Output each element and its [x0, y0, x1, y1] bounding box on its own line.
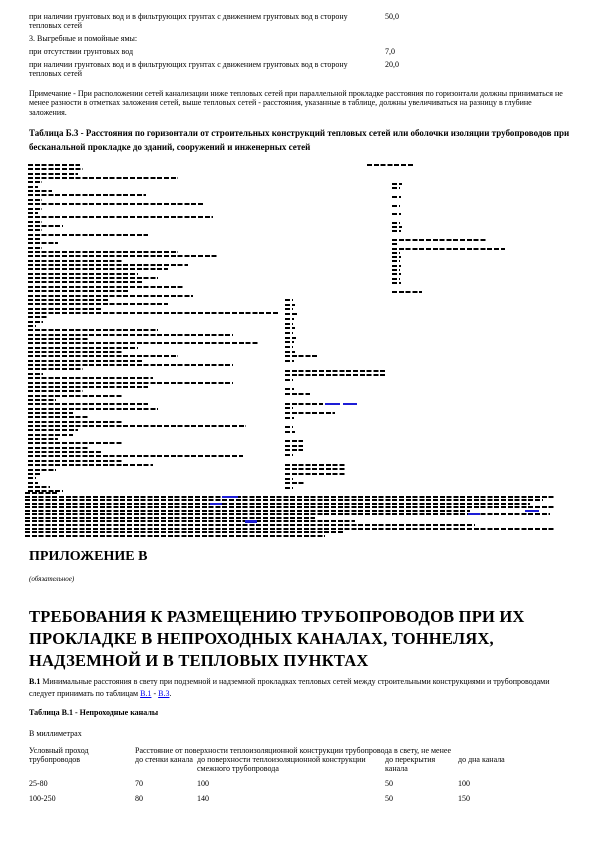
micro-text-line — [28, 268, 168, 270]
micro-text-line — [28, 194, 146, 196]
micro-text-line — [285, 464, 345, 466]
micro-text-line — [28, 368, 83, 370]
micro-text-line — [28, 199, 42, 201]
micro-text-line — [285, 454, 293, 456]
micro-text-line — [28, 434, 73, 436]
micro-text-line — [28, 173, 78, 175]
micro-text-line — [28, 273, 138, 275]
micro-text-line — [28, 203, 203, 205]
micro-text-line — [392, 256, 401, 258]
micro-text-line — [28, 469, 56, 471]
micro-text-line — [28, 373, 43, 375]
table-v1-col1-header: Условный проход трубопроводов — [29, 746, 135, 773]
micro-text-line — [392, 183, 402, 185]
micro-text-line — [28, 364, 233, 366]
micro-text-line — [28, 412, 73, 414]
clause-period: . — [169, 689, 171, 698]
micro-text-line — [28, 329, 158, 331]
micro-text-line — [28, 242, 58, 244]
micro-text-line — [28, 351, 123, 353]
micro-text-line — [392, 222, 400, 224]
appendix-title-line: ПРОКЛАДКЕ В НЕПРОХОДНЫХ КАНАЛАХ, ТОННЕЛЯ… — [29, 628, 574, 650]
appendix-title-line: НАДЗЕМНОЙ И В ТЕПЛОВЫХ ПУНКТАХ — [29, 650, 574, 672]
micro-text-line — [28, 342, 258, 344]
micro-text-line — [28, 264, 188, 266]
micro-text-line — [25, 517, 315, 519]
micro-text-line — [392, 252, 400, 254]
table-cell: 140 — [197, 788, 385, 803]
micro-text-line — [392, 265, 401, 267]
micro-text-line — [28, 247, 42, 249]
micro-text-line — [285, 370, 385, 372]
micro-text-line — [285, 332, 293, 334]
table-cell: 50 — [385, 773, 458, 788]
micro-text-line — [28, 277, 158, 279]
micro-text-line — [28, 408, 158, 410]
micro-text-line — [28, 429, 78, 431]
table-cell: 70 — [135, 773, 197, 788]
clause-number: В.1 — [29, 677, 40, 686]
table-v1: Условный проход трубопроводов Расстояние… — [29, 746, 566, 803]
micro-text-line — [285, 313, 297, 315]
clause-b1-paragraph: В.1 Минимальные расстояния в свету при п… — [29, 676, 571, 699]
micro-text-line — [28, 473, 40, 475]
micro-text-line — [392, 187, 400, 189]
micro-link-fragment[interactable] — [210, 503, 222, 505]
micro-text-line — [25, 524, 475, 526]
micro-text-line — [285, 445, 303, 447]
micro-text-line — [392, 226, 402, 228]
micro-text-line — [28, 286, 183, 288]
table-row: 100-250 80 140 50 150 — [29, 788, 566, 803]
micro-text-line — [28, 251, 178, 253]
micro-text-line — [28, 312, 278, 314]
micro-text-line — [28, 177, 178, 179]
micro-text-line — [28, 325, 36, 327]
micro-text-line — [392, 196, 401, 198]
micro-text-line — [28, 255, 218, 257]
micro-text-line — [28, 316, 48, 318]
micro-text-line — [28, 238, 40, 240]
micro-text-line — [28, 308, 103, 310]
micro-text-line — [28, 347, 138, 349]
table-v1-caption: Таблица В.1 - Непроходные каналы — [29, 708, 158, 717]
micro-text-line — [28, 447, 88, 449]
micro-text-line — [285, 473, 345, 475]
table-v1-subheader: до перекрытия канала — [385, 755, 458, 773]
micro-text-line — [285, 355, 318, 357]
table-cell: 100 — [458, 773, 566, 788]
micro-text-line — [28, 229, 42, 231]
micro-text-line — [25, 528, 555, 530]
micro-text-line — [285, 478, 293, 480]
micro-text-line — [285, 388, 294, 390]
appendix-subheading: (обязательное) — [29, 575, 74, 584]
table-v1-subheader: до дна канала — [458, 755, 566, 773]
micro-text-line — [285, 482, 305, 484]
micro-text-line — [392, 213, 401, 215]
micro-text-line — [25, 510, 470, 512]
micro-text-line — [28, 477, 36, 479]
micro-text-line — [285, 412, 335, 414]
micro-text-line — [28, 260, 123, 262]
micro-text-line — [28, 360, 143, 362]
micro-text-line — [392, 230, 401, 232]
micro-text-line — [28, 451, 103, 453]
micro-text-line — [392, 291, 422, 293]
micro-text-line — [392, 243, 398, 245]
micro-text-line — [28, 321, 43, 323]
micro-text-line — [367, 164, 413, 166]
micro-text-line — [392, 239, 487, 241]
micro-text-line — [285, 468, 345, 470]
micro-text-line — [28, 482, 38, 484]
micro-link-fragment[interactable] — [325, 403, 340, 405]
table-cell: 150 — [458, 788, 566, 803]
link-table-v3[interactable]: В.3 — [158, 689, 169, 698]
micro-text-line — [28, 168, 83, 170]
micro-text-line — [25, 520, 355, 522]
document-page: при наличии грунтовых вод и в фильтрующи… — [0, 0, 595, 842]
micro-text-line — [28, 442, 123, 444]
micro-text-line — [285, 341, 294, 343]
micro-text-line — [392, 260, 400, 262]
micro-text-line — [285, 360, 294, 362]
micro-text-line — [392, 248, 505, 250]
micro-text-line — [28, 225, 63, 227]
micro-text-line — [28, 416, 88, 418]
micro-text-line — [28, 464, 153, 466]
micro-text-line — [28, 281, 143, 283]
micro-text-line — [392, 269, 400, 271]
micro-text-line — [392, 273, 401, 275]
table-cell: 50 — [385, 788, 458, 803]
micro-link-fragment[interactable] — [222, 496, 238, 498]
micro-text-line — [285, 487, 293, 489]
micro-text-line — [28, 390, 83, 392]
micro-text-line — [285, 327, 295, 329]
micro-text-line — [285, 449, 303, 451]
micro-text-line — [28, 455, 243, 457]
micro-text-line — [25, 535, 325, 537]
micro-text-line — [28, 355, 178, 357]
table-cell: 100 — [197, 773, 385, 788]
table-cell: 100-250 — [29, 788, 135, 803]
micro-text-line — [28, 425, 246, 427]
micro-text-line — [285, 426, 293, 428]
table-row: 25-80 70 100 50 100 — [29, 773, 566, 788]
micro-link-fragment[interactable] — [525, 510, 539, 512]
table-cell: 80 — [135, 788, 197, 803]
micro-link-fragment[interactable] — [343, 403, 357, 405]
micro-text-line — [28, 303, 168, 305]
micro-text-line — [28, 208, 42, 210]
micro-text-line — [25, 506, 555, 508]
table-v1-units: В миллиметрах — [29, 729, 82, 738]
micro-text-line — [28, 234, 148, 236]
table-v1-span-header: Расстояние от поверхности теплоизоляцион… — [135, 746, 566, 755]
micro-text-line — [28, 216, 213, 218]
appendix-heading: ПРИЛОЖЕНИЕ В — [29, 549, 147, 565]
micro-text-line — [28, 299, 108, 301]
micro-text-line — [28, 438, 58, 440]
micro-text-line — [28, 221, 42, 223]
micro-text-line — [28, 295, 193, 297]
micro-text-line — [25, 503, 530, 505]
micro-text-line — [285, 379, 293, 381]
micro-text-line — [285, 431, 295, 433]
micro-text-line — [28, 460, 123, 462]
micro-text-line — [28, 403, 148, 405]
micro-text-line — [392, 278, 400, 280]
micro-text-line — [28, 186, 38, 188]
micro-text-line — [28, 399, 56, 401]
micro-text-line — [285, 323, 293, 325]
appendix-title-line: ТРЕБОВАНИЯ К РАЗМЕЩЕНИЮ ТРУБОПРОВОДОВ ПР… — [29, 606, 574, 628]
table-cell: 25-80 — [29, 773, 135, 788]
micro-text-line — [28, 395, 123, 397]
micro-text-line — [28, 382, 233, 384]
micro-text-line — [28, 386, 148, 388]
micro-text-line — [285, 417, 294, 419]
micro-text-line — [28, 190, 52, 192]
micro-text-line — [28, 290, 128, 292]
micro-text-line — [28, 164, 80, 166]
micro-text-line — [285, 351, 295, 353]
micro-text-line — [25, 531, 343, 533]
micro-link-fragment[interactable] — [468, 513, 480, 515]
link-table-v1[interactable]: В.1 — [140, 689, 151, 698]
clause-text: Минимальные расстояния в свету при подзе… — [29, 677, 550, 698]
micro-text-line — [285, 304, 295, 306]
micro-text-line — [285, 407, 293, 409]
micro-text-line — [285, 374, 385, 376]
micro-text-line — [392, 205, 400, 207]
table-v1-subheader: до поверхности теплоизоляционной констру… — [197, 755, 385, 773]
micro-text-line — [28, 212, 38, 214]
micro-text-line — [28, 377, 153, 379]
micro-text-line — [25, 496, 555, 498]
micro-text-line — [285, 337, 296, 339]
micro-text-line — [285, 299, 293, 301]
micro-text-line — [285, 318, 294, 320]
micro-text-line — [25, 499, 543, 501]
micro-text-line — [285, 393, 310, 395]
micro-text-line — [28, 181, 42, 183]
micro-text-line — [28, 421, 123, 423]
micro-text-line — [28, 334, 233, 336]
micro-text-line — [285, 346, 293, 348]
micro-text-line — [285, 440, 303, 442]
micro-text-line — [28, 486, 50, 488]
table-v1-header-row: Условный проход трубопроводов Расстояние… — [29, 746, 566, 755]
table-v1-subheader: до стенки канала — [135, 755, 197, 773]
micro-text-line — [28, 338, 88, 340]
micro-text-line — [285, 403, 323, 405]
micro-text-line — [392, 282, 401, 284]
micro-text-line — [25, 492, 58, 494]
micro-link-fragment[interactable] — [245, 520, 257, 522]
appendix-title: ТРЕБОВАНИЯ К РАЗМЕЩЕНИЮ ТРУБОПРОВОДОВ ПР… — [29, 606, 574, 671]
micro-text-line — [285, 308, 293, 310]
